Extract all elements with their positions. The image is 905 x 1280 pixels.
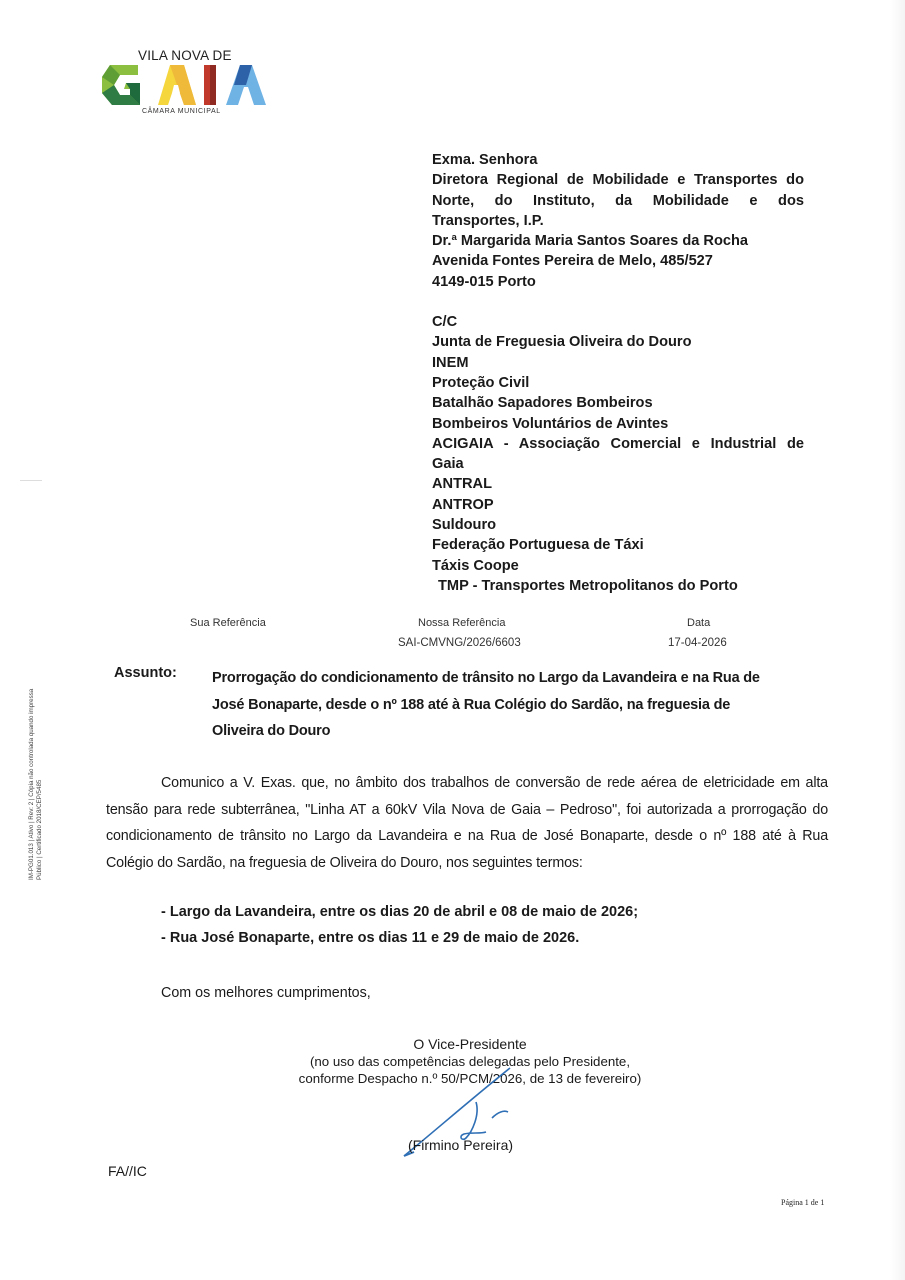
body-paragraph-text: Comunico a V. Exas. que, no âmbito dos t… [106, 770, 828, 876]
cc-item: TMP - Transportes Metropolitanos do Port… [432, 576, 804, 596]
cc-item: Gaia [432, 454, 804, 474]
body-paragraph: Comunico a V. Exas. que, no âmbito dos t… [106, 770, 828, 876]
closing: Com os melhores cumprimentos, [161, 985, 371, 1001]
cc-item: INEM [432, 353, 804, 373]
cc-item: ANTRAL [432, 474, 804, 494]
subject-line-1: Prorrogação do condicionamento de trânsi… [212, 665, 812, 692]
recipient-title-line-3: Transportes, I.P. [432, 211, 804, 231]
subject-line-3: Oliveira do Douro [212, 718, 812, 745]
margin-line-2: Público | Certificado 2018/CEP/5485 [36, 689, 44, 880]
cc-item: Bombeiros Voluntários de Avintes [432, 414, 804, 434]
subject-line-2: José Bonaparte, desde o nº 188 até à Rua… [212, 692, 812, 719]
gaia-wordmark-icon [100, 63, 270, 107]
margin-line-1: IM-PG01.013 | Ativo | Rev: 2 | Cópia não… [28, 689, 36, 880]
recipient-title-line-1: Diretora Regional de Mobilidade e Transp… [432, 170, 804, 190]
term-item: - Rua José Bonaparte, entre os dias 11 e… [161, 926, 638, 952]
nossa-referencia-label: Nossa Referência [418, 617, 505, 629]
cc-label: C/C [432, 312, 804, 332]
subject-text: Prorrogação do condicionamento de trânsi… [212, 665, 812, 745]
recipient-postal: 4149-015 Porto [432, 272, 804, 292]
terms-list: - Largo da Lavandeira, entre os dias 20 … [161, 900, 638, 951]
subject-label: Assunto: [114, 665, 177, 681]
data-value: 17-04-2026 [668, 637, 727, 649]
term-item: - Largo da Lavandeira, entre os dias 20 … [161, 900, 638, 926]
page-number: Página 1 de 1 [781, 1198, 824, 1207]
author-initials: FA//IC [108, 1163, 147, 1179]
logo-bottom-text: CÂMARA MUNICIPAL [142, 108, 221, 115]
nossa-referencia-value: SAI-CMVNG/2026/6603 [398, 637, 521, 649]
cc-item: Táxis Coope [432, 556, 804, 576]
fold-mark [20, 480, 42, 481]
document-control-margin-text: IM-PG01.013 | Ativo | Rev: 2 | Cópia não… [28, 689, 44, 880]
recipient-name: Dr.ª Margarida Maria Santos Soares da Ro… [432, 231, 804, 251]
signatory-name: (Firmino Pereira) [408, 1137, 513, 1153]
cc-item: ACIGAIA - Associação Comercial e Industr… [432, 434, 804, 454]
recipient-title-line-2: Norte, do Instituto, da Mobilidade e dos [432, 191, 804, 211]
signatory-role: O Vice-Presidente [270, 1036, 670, 1053]
page-edge-shadow [890, 0, 905, 1280]
cc-item: ANTROP [432, 495, 804, 515]
salutation: Exma. Senhora [432, 150, 804, 170]
logo-top-text: VILA NOVA DE [138, 48, 232, 63]
cc-item: Suldouro [432, 515, 804, 535]
cc-item: Junta de Freguesia Oliveira do Douro [432, 332, 804, 352]
recipient-address: Avenida Fontes Pereira de Melo, 485/527 [432, 251, 804, 271]
cc-item: Federação Portuguesa de Táxi [432, 535, 804, 555]
cc-item: Batalhão Sapadores Bombeiros [432, 393, 804, 413]
recipient-block: Exma. Senhora Diretora Regional de Mobil… [432, 150, 804, 596]
municipality-logo: VILA NOVA DE CÂMARA MUNICIPAL [100, 48, 270, 120]
data-label: Data [687, 617, 710, 629]
sua-referencia-label: Sua Referência [190, 617, 266, 629]
cc-item: Proteção Civil [432, 373, 804, 393]
